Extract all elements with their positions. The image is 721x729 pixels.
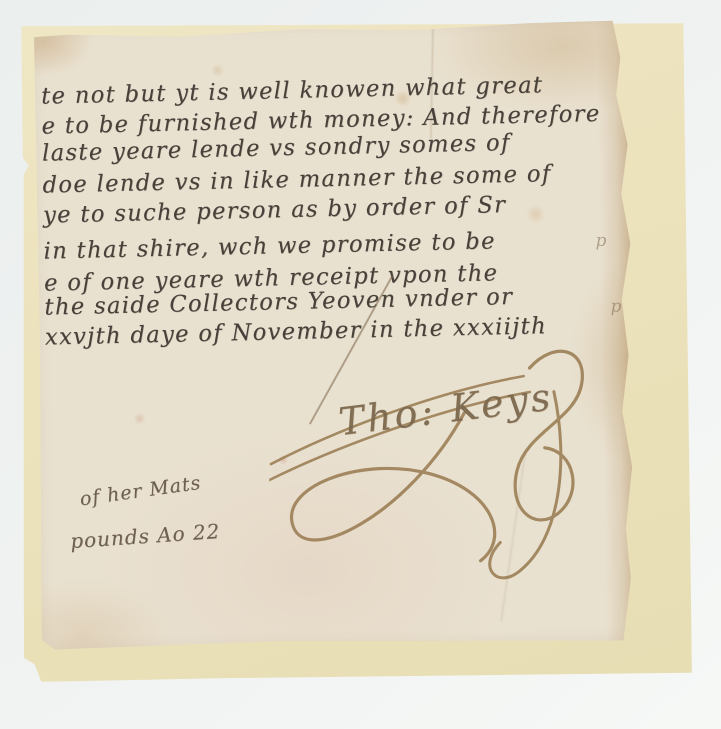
manuscript-line: ye to suche person as by order of Sr [43, 194, 507, 228]
manuscript-page: te not but yt is well knowen what great … [32, 20, 638, 649]
docket-annotation-line2: pounds Ao 22 [69, 519, 221, 553]
scanned-document: te not but yt is well knowen what great … [0, 0, 721, 729]
signature-block: Tho: Keys [267, 340, 681, 626]
marginal-mark: p [595, 231, 606, 251]
manuscript-line: in that shire, wch we promise to be [43, 230, 496, 263]
docket-annotation-line1: of her Mats [78, 472, 202, 511]
marginal-mark: p [610, 297, 621, 317]
